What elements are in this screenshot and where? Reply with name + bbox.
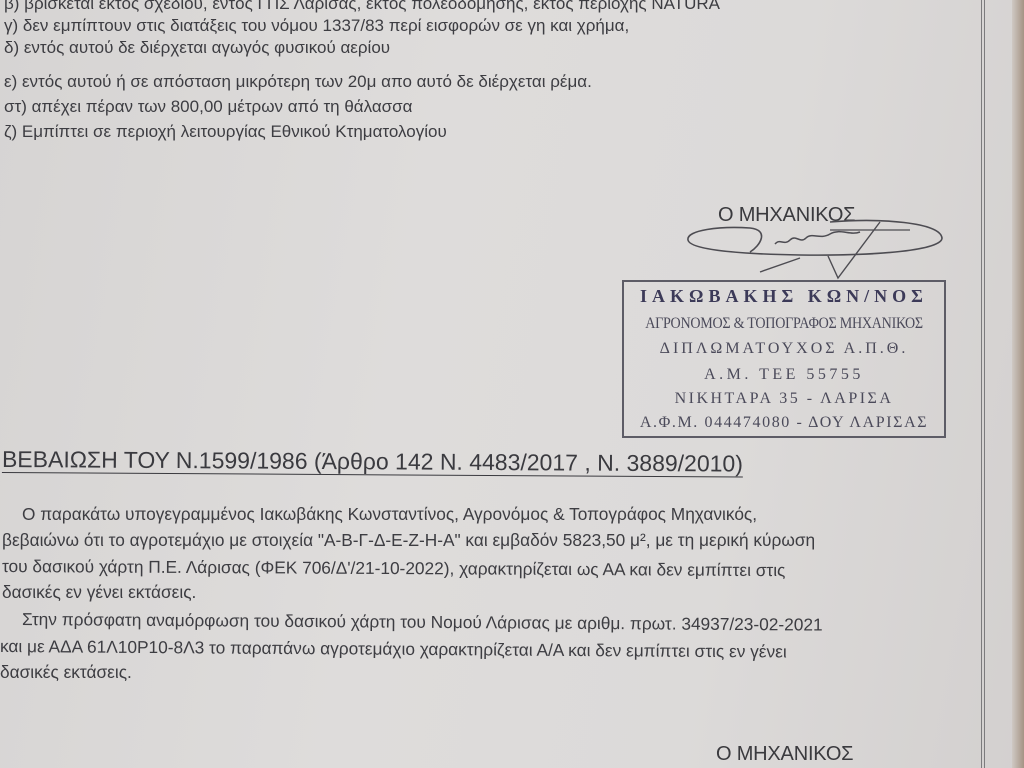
condition-z: ζ) Εμπίπτει σε περιοχή λειτουργίας Εθνικ… (4, 122, 447, 142)
stamp-profession: ΑΓΡΟΝΟΜΟΣ & ΤΟΠΟΓΡΑΦΟΣ ΜΗΧΑΝΙΚΟΣ (643, 315, 925, 333)
background-edge (1012, 0, 1024, 768)
document-page: β) βρίσκεται εκτός σχεδίου, εντός ΓΠΣ Λά… (0, 0, 1024, 768)
paragraph-2-line-1: Στην πρόσφατη αναμόρφωση του δασικού χάρ… (22, 609, 823, 636)
certificate-heading: ΒΕΒΑΙΩΣΗ ΤΟΥ Ν.1599/1986 (Άρθρο 142 Ν. 4… (2, 446, 743, 478)
paragraph-1-line-2: βεβαιώνω ότι το αγροτεμάχιο με στοιχεία … (2, 530, 815, 551)
condition-c: γ) δεν εμπίπτουν στις διατάξεις του νόμο… (4, 16, 629, 36)
condition-st: στ) απέχει πέραν των 800,00 μέτρων από τ… (4, 97, 413, 117)
condition-b: β) βρίσκεται εκτός σχεδίου, εντός ΓΠΣ Λά… (4, 0, 720, 14)
condition-d: δ) εντός αυτού δε διέρχεται αγωγός φυσικ… (4, 38, 390, 58)
stamp-tax-id: Α.Φ.Μ. 044474080 - ΔΟΥ ΛΑΡΙΣΑΣ (624, 414, 944, 432)
page-border-inner (984, 0, 985, 768)
stamp-registry: Α.Μ. ΤΕΕ 55755 (624, 366, 944, 384)
paragraph-1-line-1: Ο παρακάτω υπογεγραμμένος Ιακωβάκης Κωνσ… (22, 504, 757, 525)
paragraph-1-line-4: δασικές εν γένει εκτάσεις. (2, 582, 196, 603)
paragraph-2-line-3: δασικές εκτάσεις. (0, 662, 132, 683)
stamp-address: ΝΙΚΗΤΑΡΑ 35 - ΛΑΡΙΣΑ (624, 390, 944, 408)
condition-e: ε) εντός αυτού ή σε απόσταση μικρότερη τ… (4, 72, 592, 92)
paragraph-2-line-2: και με ΑΔΑ 61Λ10Ρ10-8Λ3 το παραπάνω αγρο… (0, 636, 787, 662)
stamp-name: ΙΑΚΩΒΑΚΗΣ ΚΩΝ/ΝΟΣ (624, 286, 944, 307)
handwritten-signature-icon (680, 200, 950, 282)
page-border-outer (981, 0, 982, 768)
engineer-stamp: ΙΑΚΩΒΑΚΗΣ ΚΩΝ/ΝΟΣ ΑΓΡΟΝΟΜΟΣ & ΤΟΠΟΓΡΑΦΟΣ… (622, 280, 946, 438)
engineer-signature-label-bottom: Ο ΜΗΧΑΝΙΚΟΣ (716, 743, 853, 766)
stamp-diploma: ΔΙΠΛΩΜΑΤΟΥΧΟΣ Α.Π.Θ. (624, 340, 944, 358)
paragraph-1-line-3: του δασικού χάρτη Π.Ε. Λάρισας (ΦΕΚ 706/… (2, 556, 786, 581)
